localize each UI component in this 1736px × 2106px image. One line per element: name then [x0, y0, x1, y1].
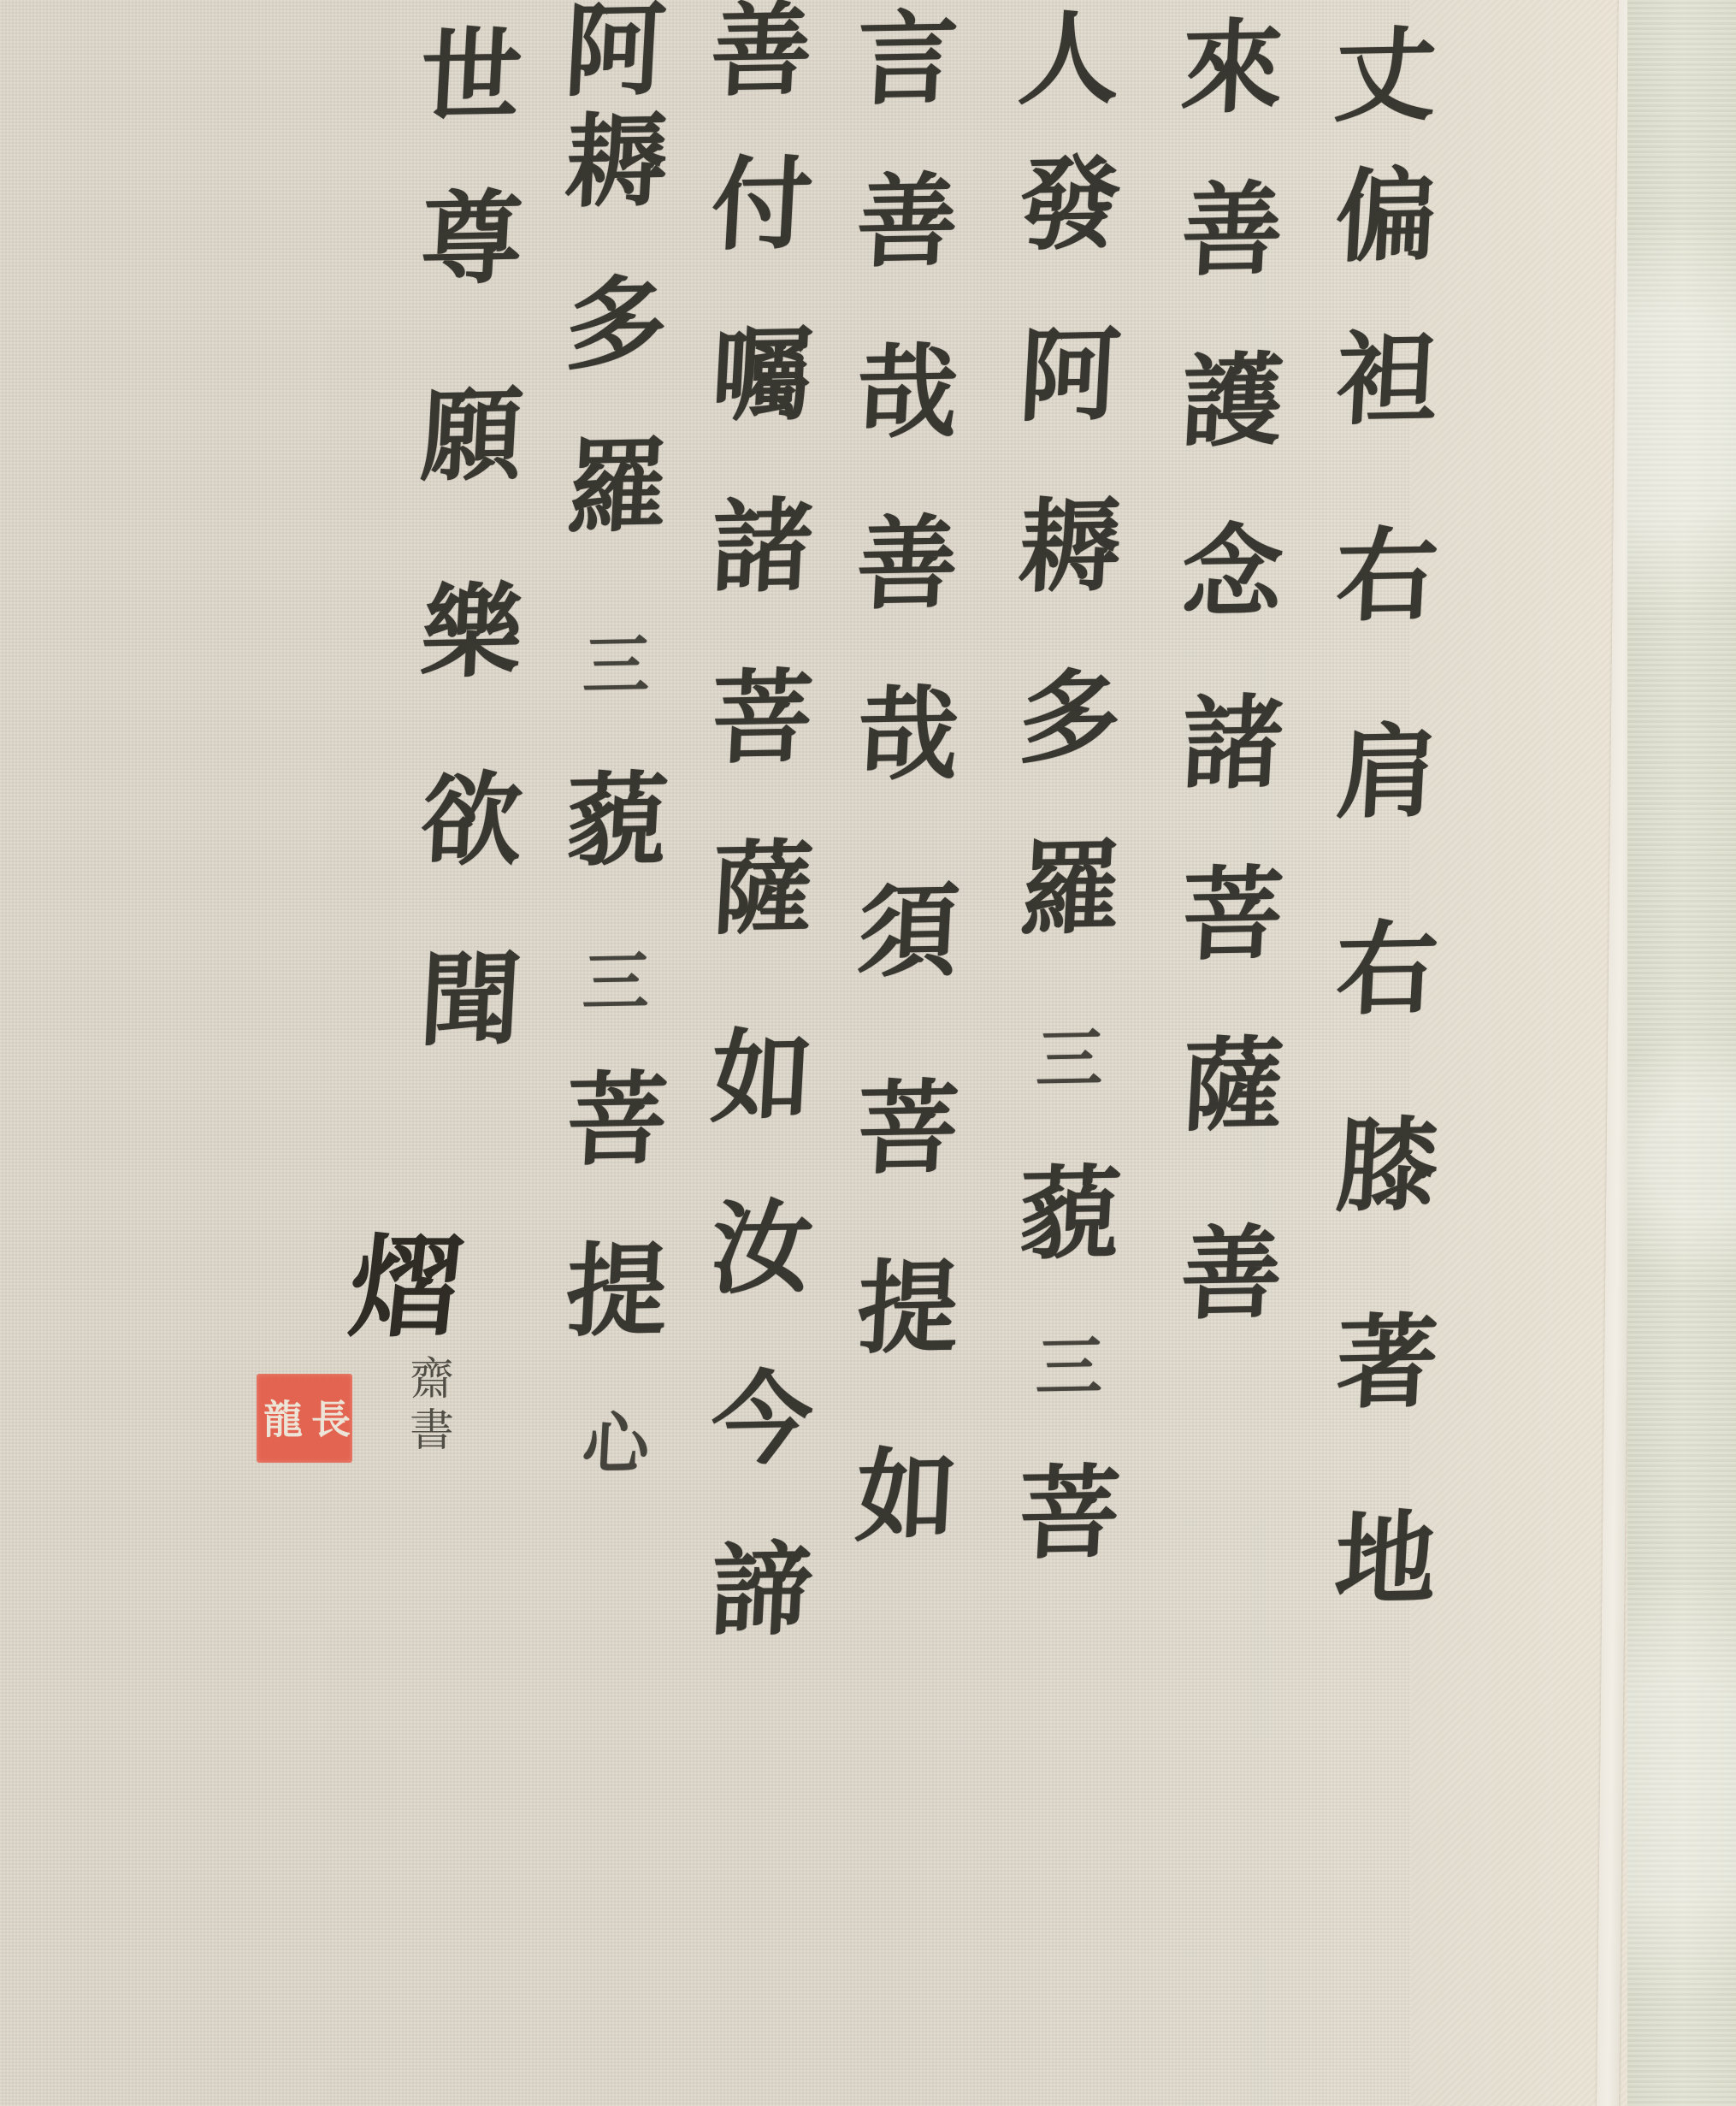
glyph: 囑: [706, 324, 816, 497]
glyph: 三: [1031, 1026, 1105, 1163]
glyph: 三: [1031, 1334, 1105, 1463]
glyph: 著: [1329, 1311, 1440, 1510]
glyph: 哉: [851, 341, 961, 514]
glyph: 汝: [706, 1197, 816, 1369]
glyph: 心: [579, 1411, 651, 1514]
glyph: 丈: [1331, 25, 1439, 167]
glyph: 樂: [414, 581, 525, 771]
glyph: 多: [1013, 666, 1124, 839]
glyph: 來: [1176, 16, 1285, 180]
glyph: 阿: [562, 0, 669, 112]
glyph: 耨: [560, 110, 670, 275]
glyph: 尊: [414, 187, 525, 386]
glyph: 薩: [705, 837, 816, 1027]
glyph: 右: [1329, 524, 1440, 723]
glyph: 阿: [1013, 324, 1124, 497]
damask-mounting: [1627, 0, 1736, 2106]
glyph: 藐: [1013, 1162, 1124, 1335]
glyph: 發: [1013, 153, 1124, 326]
glyph: 三: [578, 949, 651, 1069]
calligraphy-column-5: 善 付 囑 諸 菩 薩 如 汝 今 諦: [710, 0, 811, 1680]
glyph: 如: [706, 1026, 816, 1198]
glyph: 善: [706, 0, 815, 155]
glyph: 地: [1331, 1508, 1439, 1650]
glyph: 諦: [706, 1539, 815, 1681]
calligraphy-column-4: 言 善 哉 善 哉 須 菩 提 如: [855, 9, 956, 1586]
calligraphy-column-7: 世 尊 願 樂 欲 聞: [419, 26, 520, 1090]
glyph: 菩: [1014, 1462, 1123, 1604]
glyph: 諸: [1176, 692, 1286, 865]
glyph: 今: [706, 1368, 816, 1541]
glyph: 哉: [850, 683, 961, 882]
glyph: 藐: [559, 769, 670, 950]
glyph: 肩: [1329, 721, 1440, 920]
glyph: 羅: [559, 435, 670, 634]
glyph: 須: [850, 880, 961, 1079]
seal-character: 龍: [261, 1399, 300, 1438]
signature-sub-char: 書: [410, 1406, 454, 1458]
glyph: 偏: [1330, 165, 1439, 329]
glyph: 多: [560, 273, 670, 437]
seal-character: 長: [309, 1399, 348, 1438]
glyph: 善: [851, 170, 961, 343]
artist-signature: 熠 齋 書: [351, 1232, 462, 1458]
signature-sub-char: 齋: [410, 1355, 454, 1406]
signature-character: 熠: [345, 1232, 468, 1343]
red-seal: 龍 長: [257, 1374, 352, 1463]
glyph: 羅: [1013, 837, 1124, 1027]
glyph: 菩: [850, 1077, 960, 1258]
glyph: 提: [850, 1257, 961, 1446]
glyph: 願: [414, 384, 525, 583]
glyph: 三: [578, 632, 652, 770]
glyph: 護: [1176, 350, 1286, 523]
glyph: 如: [852, 1445, 960, 1587]
glyph: 世: [415, 25, 524, 189]
glyph: 菩: [560, 1068, 670, 1241]
glyph: 善: [1177, 1222, 1285, 1364]
signature-subtext: 齋 書: [410, 1355, 454, 1458]
glyph: 提: [560, 1239, 670, 1412]
silk-right-margin: [1411, 0, 1629, 2106]
glyph: 菩: [706, 666, 816, 839]
glyph: 右: [1329, 918, 1440, 1116]
glyph: 耨: [1013, 495, 1124, 668]
glyph: 言: [851, 8, 960, 172]
calligraphy-column-2: 來 善 護 念 諸 菩 薩 善: [1180, 17, 1281, 1364]
glyph: 善: [1176, 179, 1286, 352]
calligraphy-column-6: 阿 耨 多 羅 三 藐 三 菩 提 心: [564, 0, 665, 1514]
glyph: 人: [1013, 8, 1122, 155]
glyph: 念: [1176, 521, 1286, 694]
glyph: 付: [706, 153, 816, 326]
calligraphy-column-3: 人 發 阿 耨 多 羅 三 藐 三 菩: [1018, 9, 1119, 1603]
glyph: 菩: [1176, 863, 1286, 1036]
glyph: 薩: [1175, 1034, 1286, 1224]
glyph: 欲: [414, 769, 524, 950]
glyph: 聞: [416, 949, 524, 1091]
glyph: 膝: [1329, 1115, 1440, 1313]
calligraphy-column-1: 丈 偏 袒 右 肩 右 膝 著 地: [1334, 26, 1435, 1649]
glyph: 袒: [1329, 328, 1440, 526]
glyph: 諸: [706, 495, 816, 668]
glyph: 善: [851, 512, 961, 685]
